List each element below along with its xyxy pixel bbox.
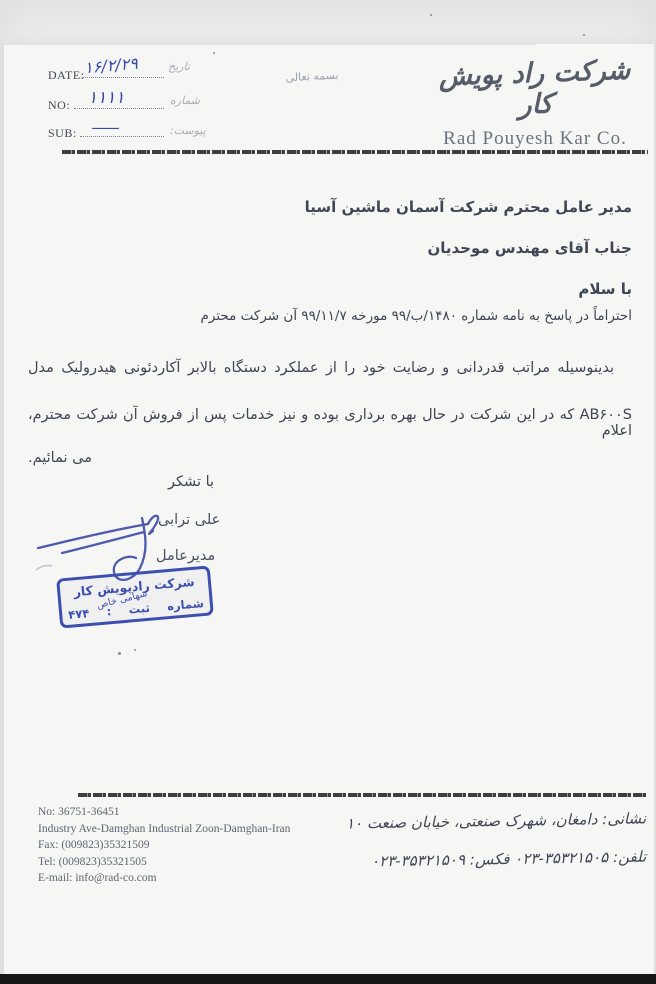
- recipient-line-2: جناب آقای مهندس موحدیان: [427, 237, 632, 259]
- no-fa-label: شماره: [170, 94, 200, 107]
- scan-speck: [134, 649, 136, 651]
- company-logo: شرکت راد پویش کار Rad Pouyesh Kar Co.: [420, 58, 650, 150]
- field-sub: SUB: ـــــــ پیوست:: [48, 122, 258, 141]
- paragraph-line-1: بدینوسیله مراتب قدردانی و رضایت خود را ا…: [28, 360, 632, 376]
- sub-handwritten-dash: ـــــــ: [92, 118, 119, 133]
- footer-en-no: No: 36751-36451: [38, 804, 290, 821]
- sub-fa-label: پیوست:: [170, 124, 206, 137]
- company-logo-farsi: شرکت راد پویش کار: [419, 54, 651, 124]
- date-dotted-line: [82, 77, 164, 78]
- scan-speck: [118, 652, 121, 655]
- field-no: NO: ۱۱۱۱ شماره: [48, 94, 258, 113]
- scan-speck: [213, 52, 215, 54]
- footer-en-email: E-mail: info@rad-co.com: [38, 870, 290, 887]
- date-fa-label: تاریخ: [168, 60, 190, 73]
- scanned-letter: DATE: ۱۶/۲/۲۹ تاریخ NO: ۱۱۱۱ شماره SUB: …: [0, 0, 656, 984]
- no-label: NO:: [48, 98, 70, 112]
- paragraph-line-3: می نمائیم.: [28, 450, 92, 466]
- footer-contact-english: No: 36751-36451 Industry Ave-Damghan Ind…: [38, 804, 290, 887]
- footer-en-tel: Tel: (009823)35321505: [38, 854, 290, 871]
- closing-thanks: با تشکر: [168, 474, 214, 490]
- footer-divider: [78, 793, 648, 797]
- date-handwritten-value: ۱۶/۲/۲۹: [83, 54, 138, 78]
- no-handwritten-value: ۱۱۱۱: [88, 88, 125, 108]
- salutation: با سلام: [578, 278, 632, 300]
- footer-en-fax: Fax: (009823)35321509: [38, 837, 290, 854]
- recipient-line-1: مدیر عامل محترم شرکت آسمان ماشین آسیا: [305, 196, 632, 218]
- field-date: DATE: ۱۶/۲/۲۹ تاریخ: [48, 64, 258, 83]
- header-divider: [62, 150, 648, 154]
- sub-dotted-line: [80, 136, 164, 137]
- date-label: DATE:: [48, 68, 85, 82]
- paragraph-line-2: AB۶۰۰S که در این شرکت در حال بهره برداری…: [28, 407, 632, 439]
- scan-speck: [430, 14, 432, 16]
- company-logo-english: Rad Pouyesh Kar Co.: [420, 128, 650, 150]
- no-dotted-line: [74, 108, 164, 109]
- footer-en-address: Industry Ave-Damghan Industrial Zoon-Dam…: [38, 821, 290, 838]
- sub-label: SUB:: [48, 126, 77, 140]
- reference-line: احتراماً در پاسخ به نامه شماره ۱۴۸۰/ب/۹۹…: [201, 308, 632, 324]
- paper-top-edge: [0, 44, 536, 45]
- scan-speck: [583, 34, 585, 36]
- scanner-edge-bar: [0, 974, 656, 984]
